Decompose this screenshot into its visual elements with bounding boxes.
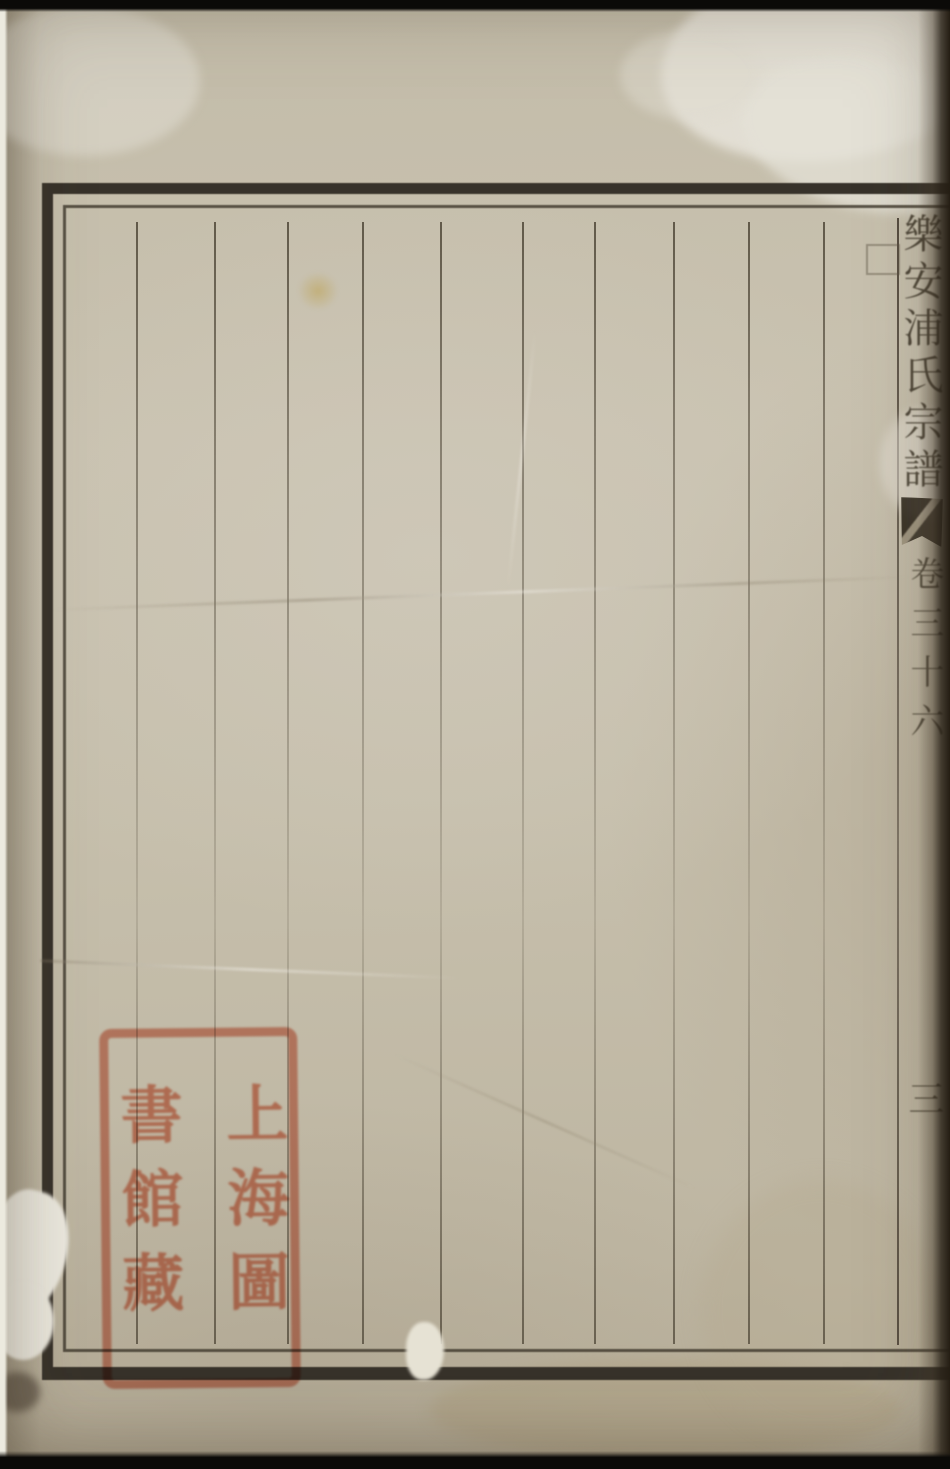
yellow-spot xyxy=(298,272,338,310)
seal-right-column: 上海圖 xyxy=(220,1044,285,1371)
scan-top-edge xyxy=(0,0,950,12)
page-right-edge-shadow xyxy=(918,0,950,1469)
seal-left-column: 書館藏 xyxy=(114,1045,179,1372)
stain-top-left xyxy=(0,6,200,156)
scan-bottom-edge xyxy=(0,1451,950,1469)
scanned-page: 樂安浦氏宗譜 卷三十六 三 書館藏 上海圖 xyxy=(0,0,950,1469)
scan-left-edge xyxy=(0,0,8,1469)
library-collection-seal: 書館藏 上海圖 xyxy=(99,1027,301,1389)
water-stain-top-right-3 xyxy=(620,30,760,120)
